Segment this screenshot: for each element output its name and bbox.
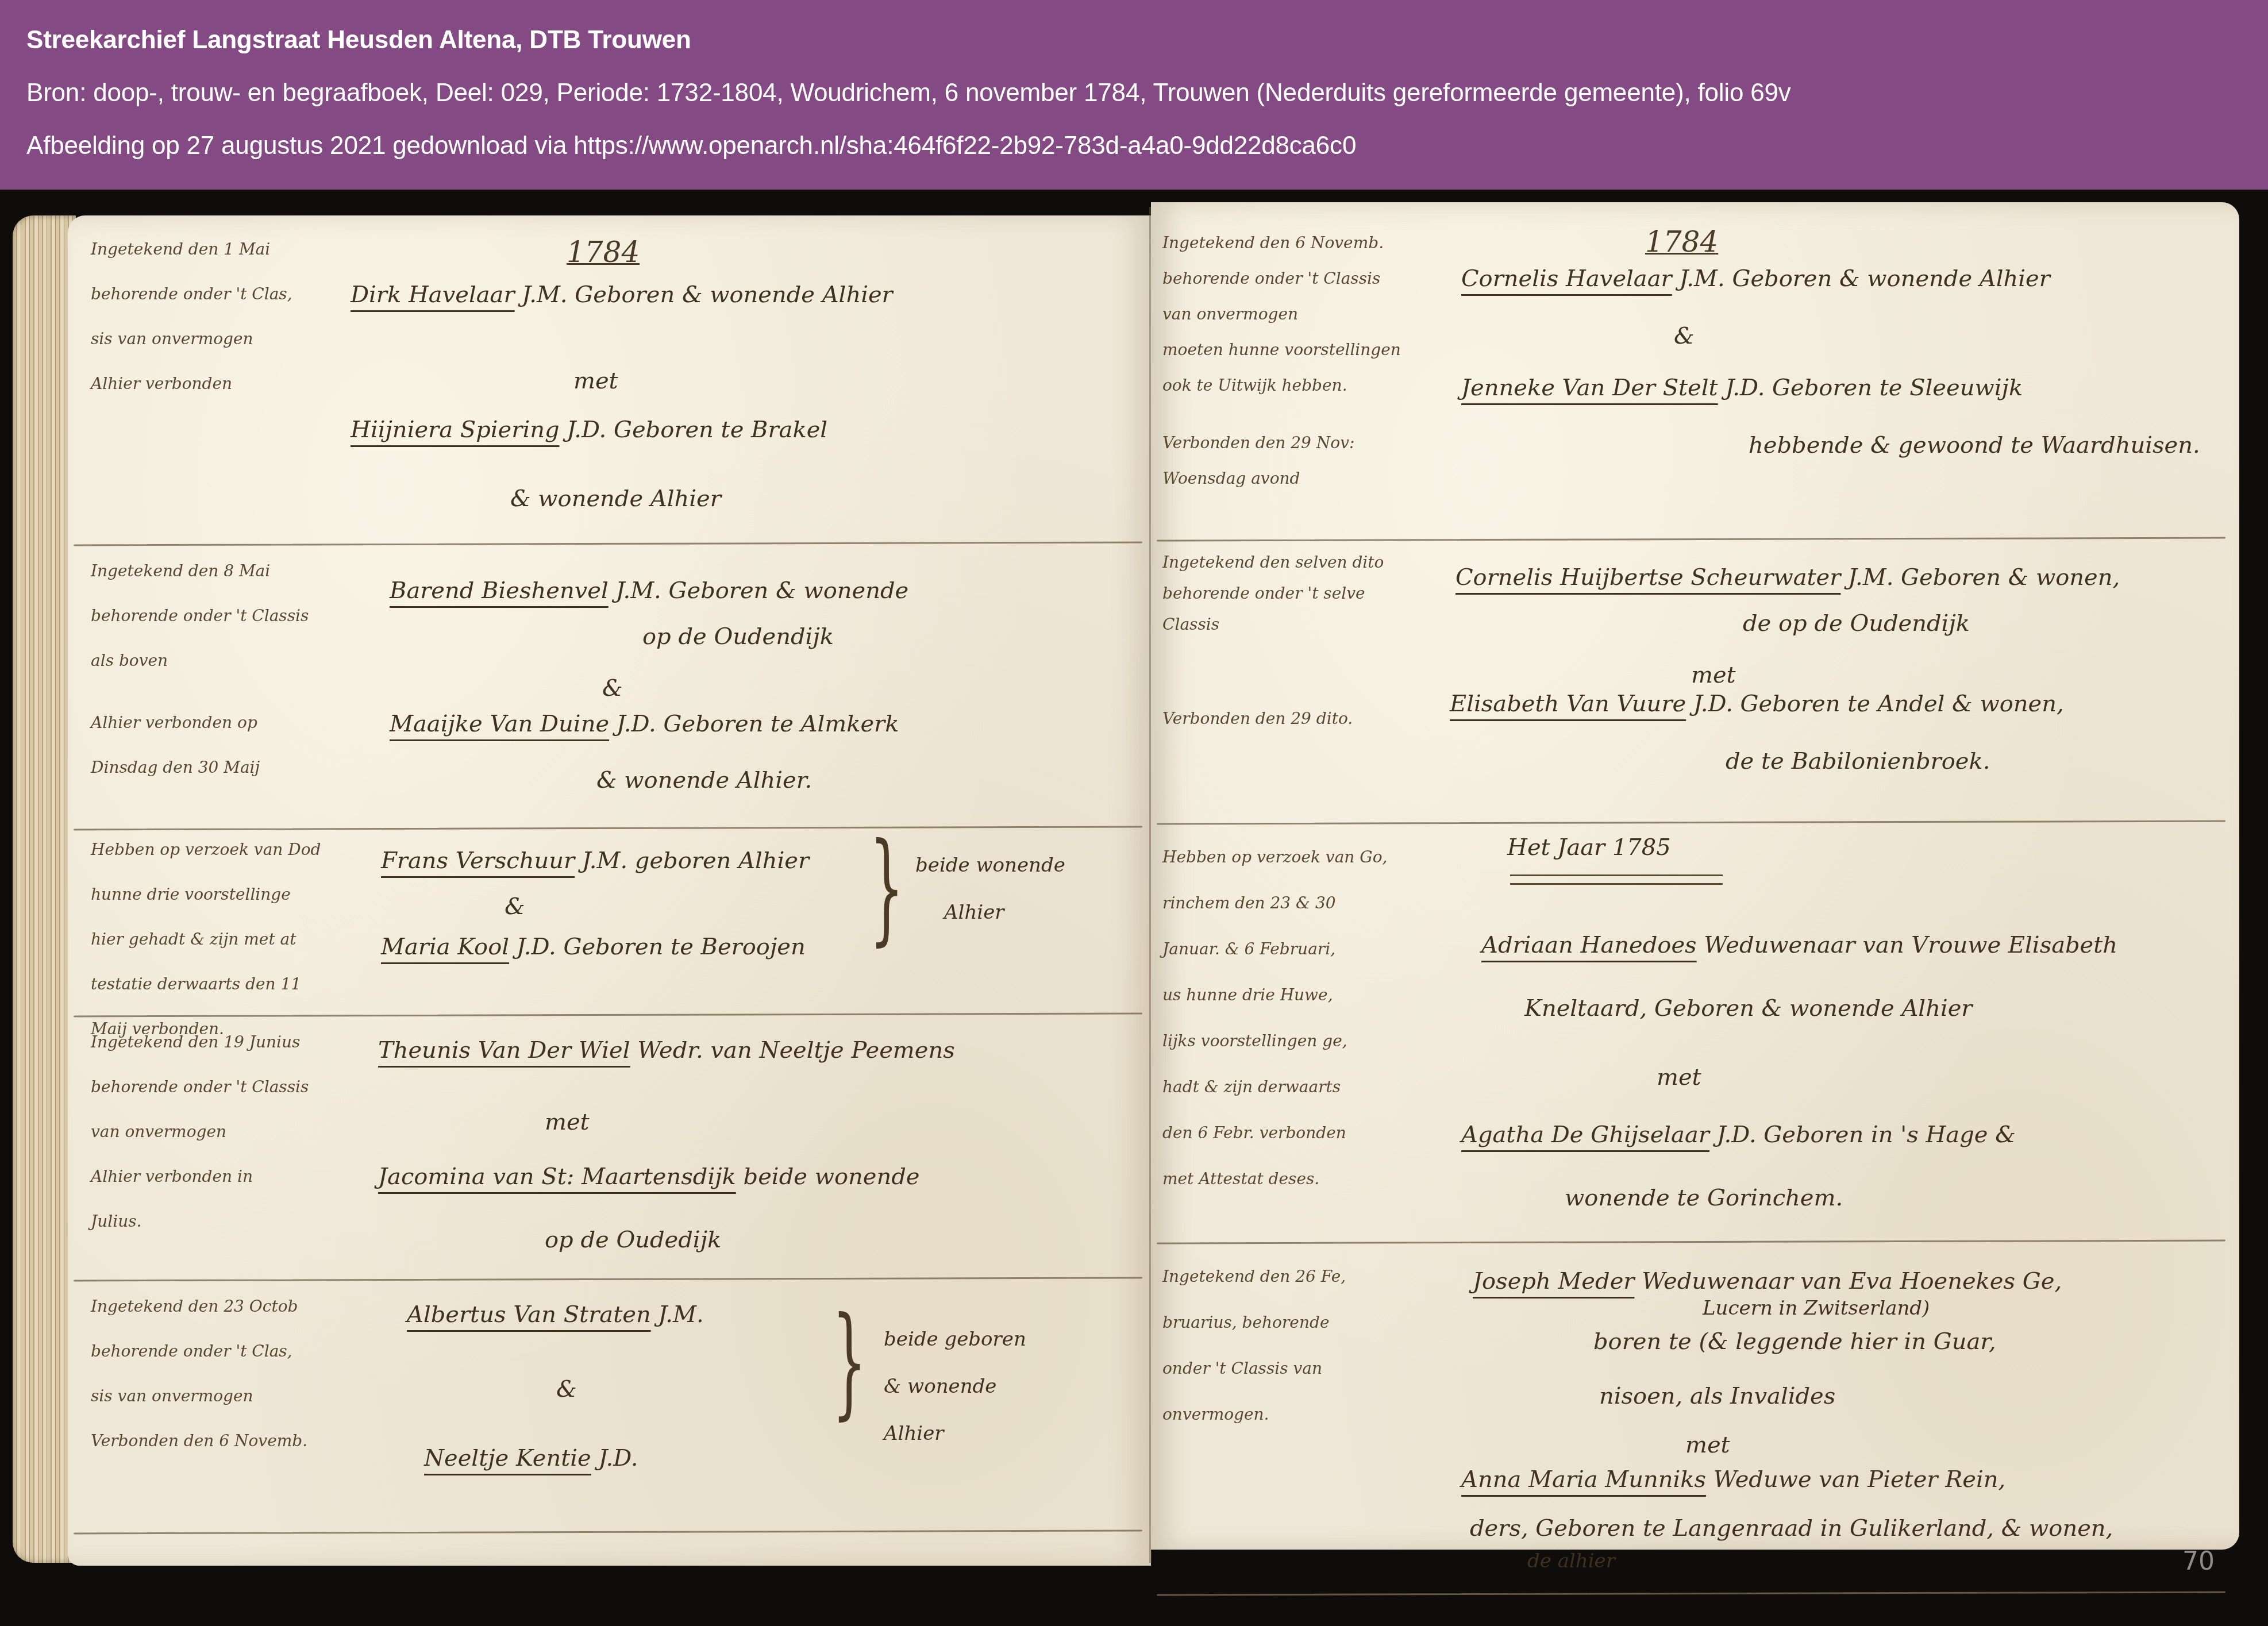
inserted-note: Lucern in Zwitserland) <box>1703 1297 1930 1320</box>
entry-divider <box>74 1277 1142 1282</box>
bride-line: Hiijniera Spiering J.D. Geboren te Brake… <box>351 417 827 443</box>
groom-name: Cornelis Huijbertse Scheurwater <box>1455 564 1840 591</box>
margin-note: Ingetekend den 23 Octob behorende onder … <box>91 1284 338 1463</box>
conjunction: met <box>573 368 618 394</box>
residence-line: wonende te Gorinchem. <box>1565 1185 1843 1211</box>
download-info: Afbeelding op 27 augustus 2021 gedownloa… <box>26 130 2268 162</box>
conjunction: & <box>602 675 623 702</box>
residence-line: op de Oudendijk <box>642 623 834 650</box>
year-heading: Het Jaar 1785 <box>1507 834 1671 861</box>
groom-line: Barend Bieshenvel J.M. Geboren & wonende <box>390 577 908 604</box>
source-description: Bron: doop-, trouw- en begraafboek, Deel… <box>26 77 2268 109</box>
archive-title: Streekarchief Langstraat Heusden Altena,… <box>26 24 2268 56</box>
bride-name: Jacomina van St: Maartensdijk <box>378 1163 736 1190</box>
continuation-line: de alhier <box>1527 1550 1615 1573</box>
groom-name: Dirk Havelaar <box>351 282 515 308</box>
residence-line: hebbende & gewoond te Waardhuisen. <box>1749 432 2200 458</box>
entry-divider <box>1157 1240 2225 1244</box>
bracket-note: beide geboren & wonende Alhier <box>884 1316 1026 1457</box>
bride-name: Anna Maria Munniks <box>1461 1466 1706 1493</box>
conjunction: met <box>1685 1432 1730 1458</box>
groom-name: Cornelis Havelaar <box>1461 265 1672 292</box>
margin-note: Hebben op verzoek van Go, rinchem den 23… <box>1162 834 1438 1202</box>
conjunction: & <box>505 893 525 920</box>
conjunction: & <box>1674 323 1695 349</box>
continuation-line: ders, Geboren te Langenraad in Gulikerla… <box>1470 1515 2113 1542</box>
page-year: 1784 <box>1645 225 1718 259</box>
bride-line: Maria Kool J.D. Geboren te Beroojen <box>381 934 806 960</box>
margin-note: Ingetekend den 19 Junius behorende onder… <box>91 1020 338 1244</box>
bride-line: Neeltje Kentie J.D. <box>424 1445 638 1471</box>
continuation-line: nisoen, als Invalides <box>1599 1383 1835 1409</box>
bride-name: Elisabeth Van Vuure <box>1450 691 1686 717</box>
margin-note: Ingetekend den 6 Novemb. behorende onder… <box>1162 225 1438 496</box>
residence-line: Kneltaard, Geboren & wonende Alhier <box>1524 995 1972 1022</box>
groom-name: Barend Bieshenvel <box>390 577 609 604</box>
entry-divider <box>1157 537 2225 542</box>
bride-name: Hiijniera Spiering <box>351 417 560 443</box>
bracket: } <box>832 1301 867 1422</box>
bride-line: Agatha De Ghijselaar J.D. Geboren in 's … <box>1461 1122 2016 1148</box>
bracket-note: beide wonende Alhier <box>915 842 1065 936</box>
folio-number: 70 <box>2182 1547 2215 1576</box>
groom-line: Cornelis Huijbertse Scheurwater J.M. Geb… <box>1455 564 2120 591</box>
bride-name: Maria Kool <box>381 934 509 960</box>
bride-line: Jenneke Van Der Stelt J.D. Geboren te Sl… <box>1461 375 2023 401</box>
bracket: } <box>869 827 904 948</box>
residence-line: op de Oudedijk <box>545 1227 721 1253</box>
page-stack-edges <box>13 215 76 1563</box>
heading-underline <box>1510 874 1723 876</box>
conjunction: met <box>1691 662 1736 688</box>
page-year: 1784 <box>567 236 640 269</box>
manuscript-scan: 1784 Ingetekend den 1 Mai behorende onde… <box>0 190 2268 1626</box>
heading-underline <box>1510 883 1723 885</box>
bride-name: Neeltje Kentie <box>424 1445 591 1471</box>
bride-line: Maaijke Van Duine J.D. Geboren te Almker… <box>390 711 899 737</box>
entry-divider <box>74 542 1142 546</box>
attribution-banner: Streekarchief Langstraat Heusden Altena,… <box>0 0 2268 190</box>
groom-name: Theunis Van Der Wiel <box>378 1037 630 1064</box>
residence-line: de te Babilonienbroek. <box>1726 748 1990 775</box>
entry-divider <box>1157 820 2225 825</box>
groom-name: Adriaan Hanedoes <box>1481 932 1697 958</box>
margin-note: Ingetekend den selven dito behorende ond… <box>1162 547 1438 734</box>
conjunction: & <box>556 1376 577 1402</box>
bride-line: Jacomina van St: Maartensdijk beide wone… <box>378 1163 919 1190</box>
conjunction: met <box>545 1109 590 1135</box>
groom-name: Frans Verschuur <box>381 847 575 874</box>
margin-note: Ingetekend den 1 Mai behorende onder 't … <box>91 227 338 406</box>
right-page: 1784 Ingetekend den 6 Novemb. behorende … <box>1151 202 2239 1550</box>
bride-name: Maaijke Van Duine <box>390 711 609 737</box>
groom-line: Frans Verschuur J.M. geboren Alhier <box>381 847 809 874</box>
groom-line: Albertus Van Straten J.M. <box>407 1301 704 1328</box>
groom-line: Dirk Havelaar J.M. Geboren & wonende Alh… <box>351 282 893 308</box>
residence-line: & wonende Alhier. <box>596 767 812 793</box>
residence-line: & wonende Alhier <box>510 486 721 512</box>
bride-name: Agatha De Ghijselaar <box>1461 1122 1709 1148</box>
margin-note: Hebben op verzoek van Dod hunne drie voo… <box>91 827 338 1051</box>
groom-line: Joseph Meder Weduwenaar van Eva Hoenekes… <box>1473 1268 2062 1294</box>
left-page: 1784 Ingetekend den 1 Mai behorende onde… <box>68 215 1151 1566</box>
groom-line: Adriaan Hanedoes Weduwenaar van Vrouwe E… <box>1481 932 2117 958</box>
entry-divider <box>74 1530 1142 1535</box>
margin-note: Ingetekend den 8 Mai behorende onder 't … <box>91 549 338 790</box>
groom-name: Joseph Meder <box>1473 1268 1634 1294</box>
bride-name: Jenneke Van Der Stelt <box>1461 375 1718 401</box>
groom-line: Cornelis Havelaar J.M. Geboren & wonende… <box>1461 265 2050 292</box>
groom-name: Albertus Van Straten <box>407 1301 651 1328</box>
bride-line: Elisabeth Van Vuure J.D. Geboren te Ande… <box>1450 691 2064 717</box>
margin-note: Ingetekend den 26 Fe, bruarius, behorend… <box>1162 1254 1438 1438</box>
conjunction: met <box>1657 1064 1701 1091</box>
residence-line: de op de Oudendijk <box>1743 610 1970 637</box>
groom-line: Theunis Van Der Wiel Wedr. van Neeltje P… <box>378 1037 955 1064</box>
entry-divider <box>1157 1592 2225 1596</box>
continuation-line: boren te (& leggende hier in Guar, <box>1593 1328 1996 1355</box>
bride-line: Anna Maria Munniks Weduwe van Pieter Rei… <box>1461 1466 2005 1493</box>
